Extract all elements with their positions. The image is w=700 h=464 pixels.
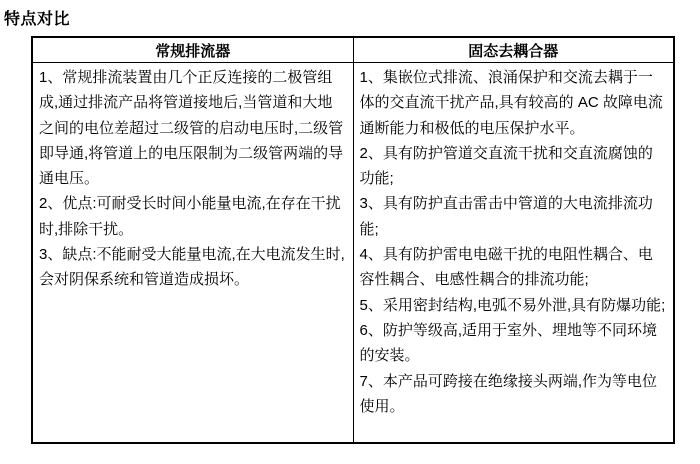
table-cell-conventional-drainer: 1、常规排流装置由几个正反连接的二极管组成,通过排流产品将管道接地后,当管道和大…	[32, 63, 353, 444]
table-cell-solid-state-decoupler: 1、集嵌位式排流、浪涌保护和交流去耦于一体的交直流干扰产品,具有较高的 AC 故…	[353, 63, 674, 444]
table-cell-paragraph: 2、具有防护管道交直流干扰和交直流腐蚀的功能;	[360, 141, 668, 192]
table-cell-paragraph: 4、具有防护雷电电磁干扰的电阻性耦合、电容性耦合、电感性耦合的排流功能;	[360, 242, 668, 293]
table-cell-paragraph: 1、常规排流装置由几个正反连接的二极管组成,通过排流产品将管道接地后,当管道和大…	[39, 65, 347, 191]
table-cell-paragraph: 1、集嵌位式排流、浪涌保护和交流去耦于一体的交直流干扰产品,具有较高的 AC 故…	[360, 65, 668, 141]
table-body-row: 1、常规排流装置由几个正反连接的二极管组成,通过排流产品将管道接地后,当管道和大…	[32, 63, 674, 444]
table-cell-paragraph: 3、具有防护直击雷击中管道的大电流排流功能;	[360, 191, 668, 242]
table-cell-paragraph: 6、防护等级高,适用于室外、埋地等不同环境的安装。	[360, 318, 668, 369]
document-page: { "page": { "title": "特点对比" }, "comparis…	[0, 0, 700, 464]
comparison-table: 常规排流器 固态去耦合器 1、常规排流装置由几个正反连接的二极管组成,通过排流产…	[31, 36, 675, 444]
table-cell-paragraph: 3、缺点:不能耐受大能量电流,在大电流发生时,会对阴保系统和管道造成损坏。	[39, 242, 347, 293]
table-header-row: 常规排流器 固态去耦合器	[32, 37, 674, 63]
column-header-conventional-drainer: 常规排流器	[32, 37, 353, 63]
column-header-solid-state-decoupler: 固态去耦合器	[353, 37, 674, 63]
page-title: 特点对比	[4, 6, 70, 29]
table-cell-paragraph: 2、优点:可耐受长时间小能量电流,在存在干扰时,排除干扰。	[39, 191, 347, 242]
table-cell-paragraph: 5、采用密封结构,电弧不易外泄,具有防爆功能;	[360, 293, 668, 318]
table-cell-paragraph: 7、本产品可跨接在绝缘接头两端,作为等电位使用。	[360, 369, 668, 420]
